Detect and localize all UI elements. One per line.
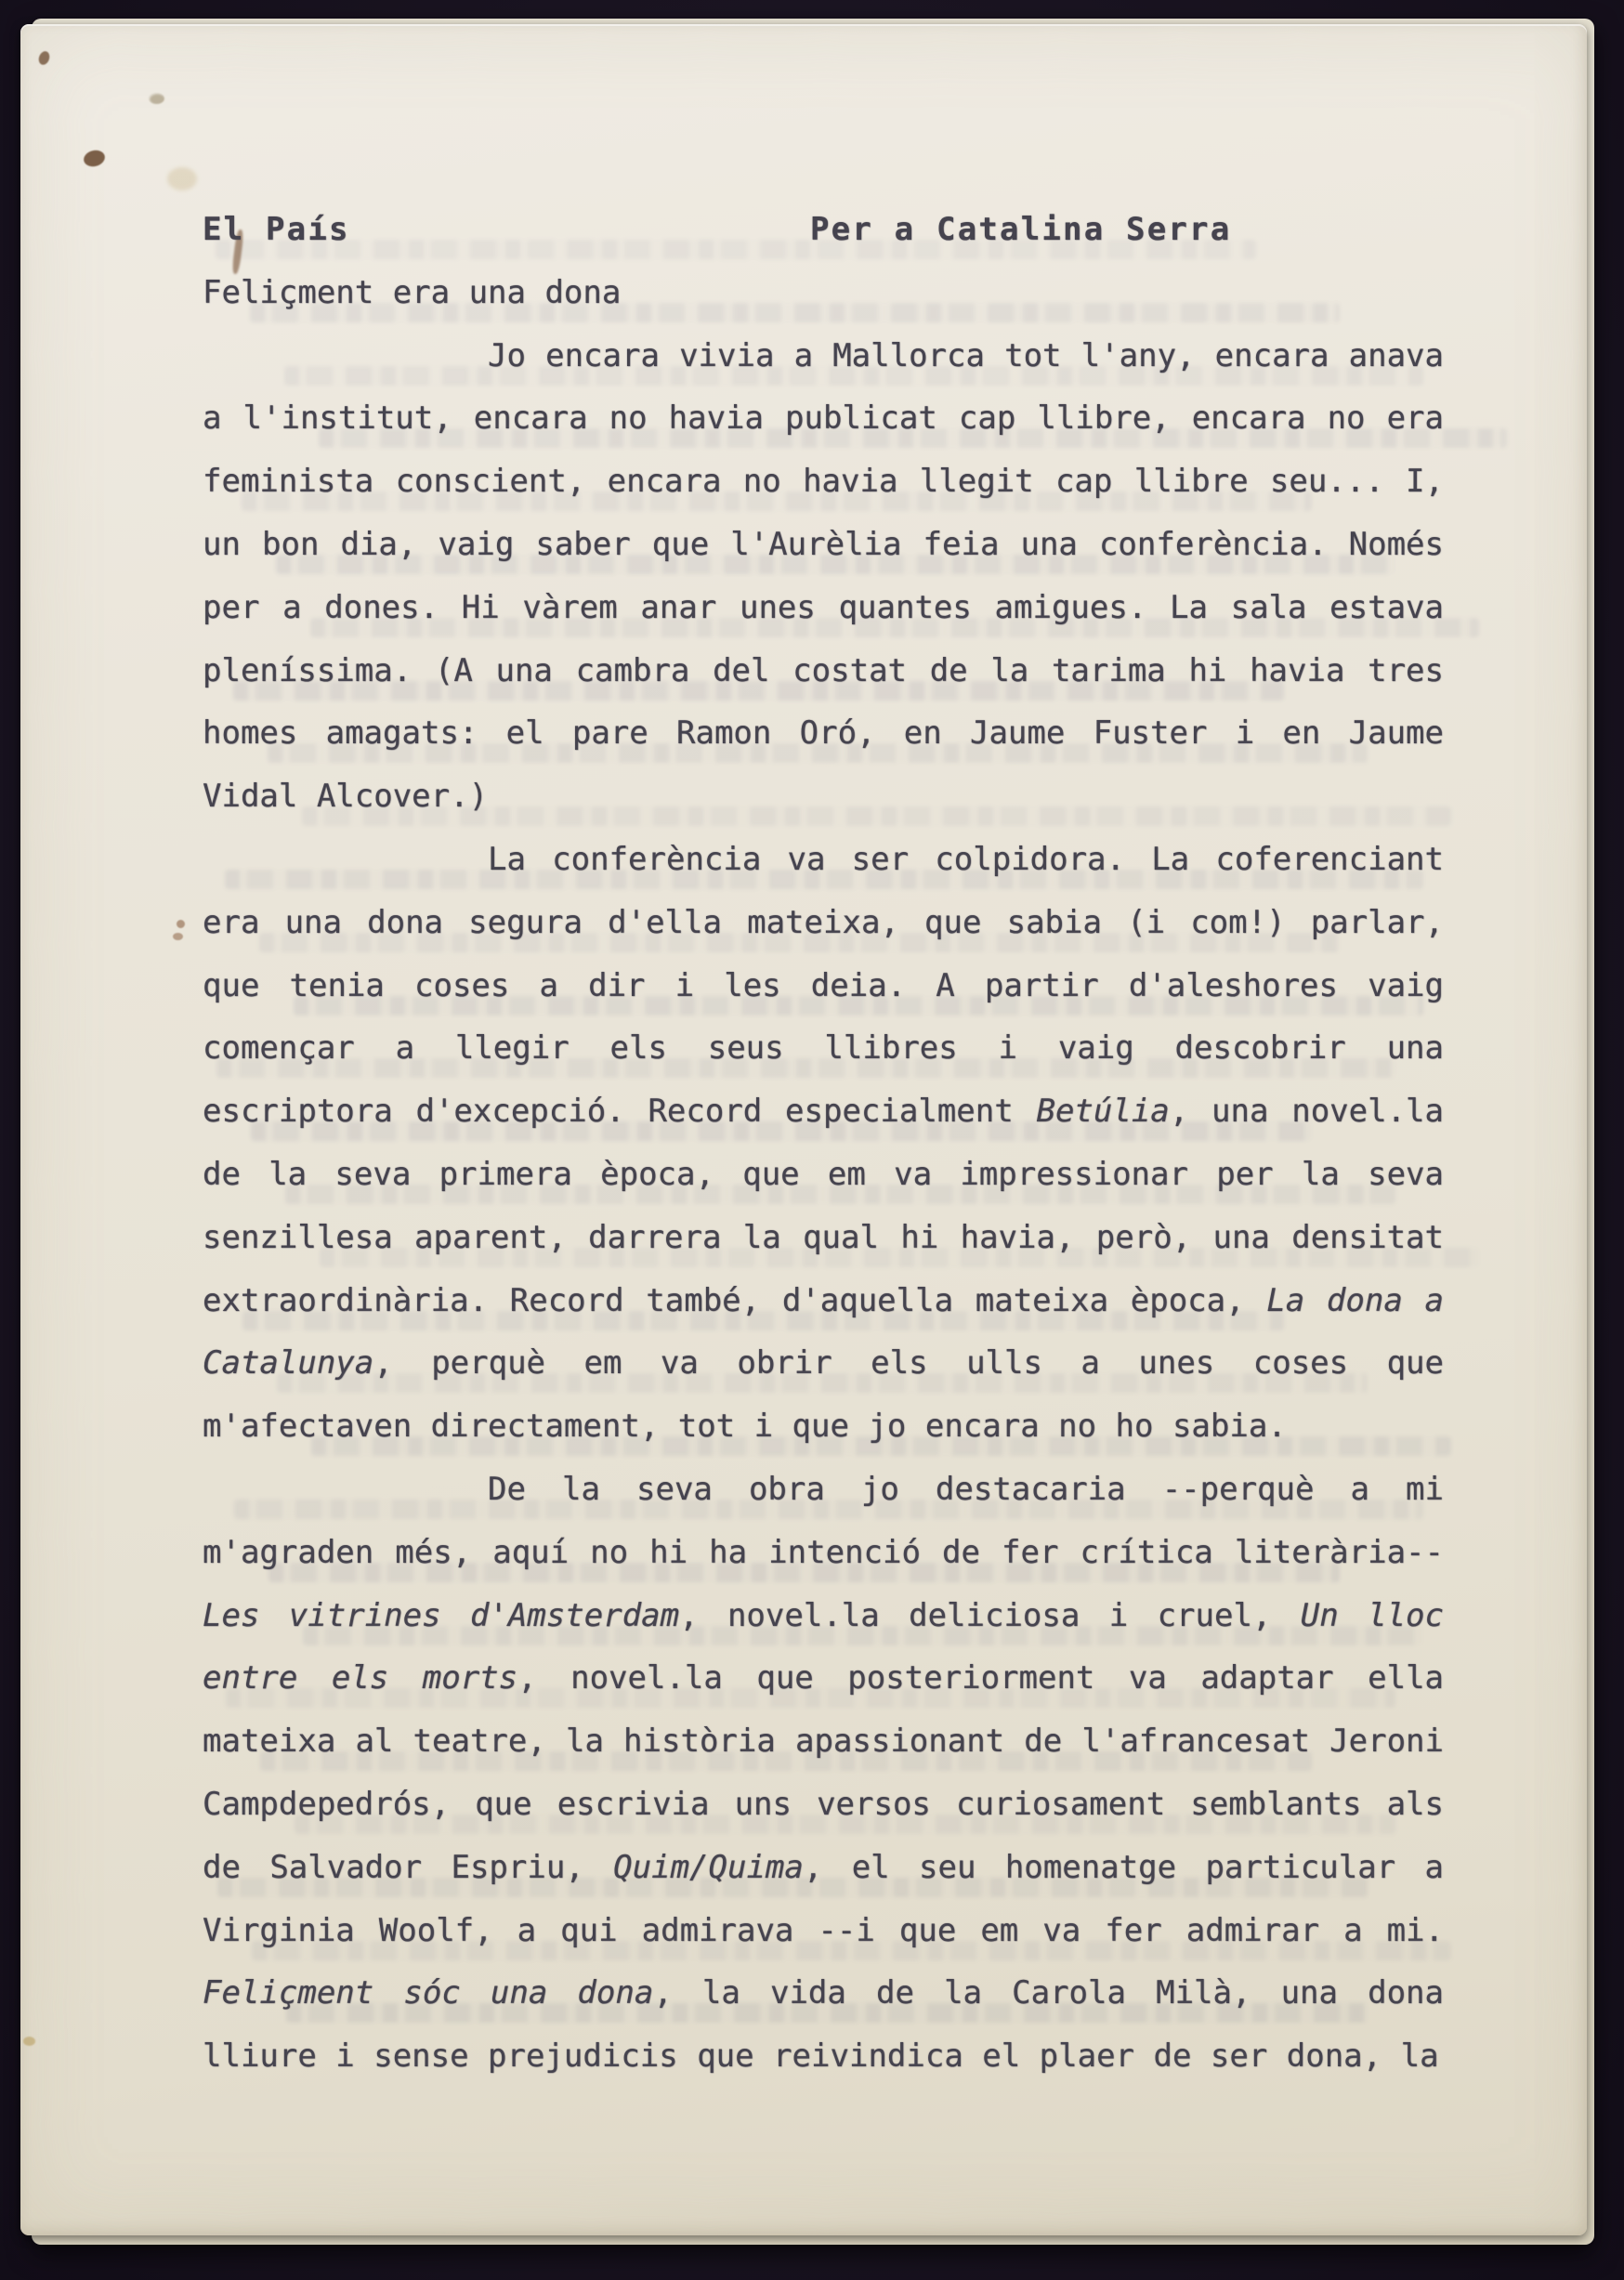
paper-stain [177, 920, 185, 928]
text-segment: Vidal Alcover.) [203, 778, 488, 815]
typewritten-line: escriptora d'excepció. Record especialme… [203, 1081, 1444, 1144]
book-title-italic: Quim/Quima [613, 1849, 804, 1886]
book-title-italic: Betúlia [1036, 1093, 1169, 1130]
text-segment: , novel.la deliciosa i cruel, [679, 1597, 1301, 1634]
text-segment: un bon dia, vaig saber que l'Aurèlia fei… [203, 526, 1444, 563]
typewritten-line: Vidal Alcover.) [203, 766, 1444, 829]
text-segment: que tenia coses a dir i les deia. A part… [203, 967, 1444, 1004]
book-title-italic: Les vitrines d'Amsterdam [203, 1597, 679, 1634]
text-segment: senzillesa aparent, darrera la qual hi h… [203, 1219, 1444, 1256]
typewritten-line: De la seva obra jo destacaria --perquè a… [203, 1459, 1444, 1522]
text-segment: La conferència va ser colpidora. La cofe… [488, 841, 1444, 878]
paper-smudge [167, 167, 197, 190]
typewritten-line: La conferència va ser colpidora. La cofe… [203, 829, 1444, 892]
text-segment: , perquè em va obrir els ulls a unes cos… [373, 1344, 1444, 1382]
paper-stain [82, 148, 106, 168]
typewritten-line: m'agraden més, aquí no hi ha intenció de… [203, 1522, 1444, 1585]
text-segment: escriptora d'excepció. Record especialme… [203, 1093, 1036, 1130]
text-segment: a l'institut, encara no havia publicat c… [203, 400, 1444, 437]
typed-text-block: El País Per a Catalina Serra Feliçment e… [203, 199, 1444, 2089]
typewritten-line: que tenia coses a dir i les deia. A part… [203, 955, 1444, 1018]
text-segment: extraordinària. Record també, d'aquella … [203, 1282, 1266, 1319]
typewritten-line: per a dones. Hi vàrem anar unes quantes … [203, 577, 1444, 640]
text-segment: De la seva obra jo destacaria --perquè a… [488, 1471, 1444, 1508]
text-segment: Campdepedrós, que escrivia uns versos cu… [203, 1786, 1444, 1823]
text-segment: homes amagats: el pare Ramon Oró, en Jau… [203, 714, 1444, 752]
text-segment: era una dona segura d'ella mateixa, que … [203, 904, 1444, 941]
text-segment: de Salvador Espriu, [203, 1849, 613, 1886]
document-title: Feliçment era una dona [203, 262, 1444, 325]
typewritten-line: un bon dia, vaig saber que l'Aurèlia fei… [203, 514, 1444, 577]
text-segment: , la vida de la Carola Milà, una dona [653, 1974, 1444, 2011]
typewritten-line: Feliçment sóc una dona, la vida de la Ca… [203, 1962, 1444, 2025]
paper-stain [37, 50, 51, 67]
text-segment: de la seva primera època, que em va impr… [203, 1156, 1444, 1193]
typewritten-line: feminista conscient, encara no havia lle… [203, 451, 1444, 514]
paper-stain [173, 933, 183, 940]
text-segment: pleníssima. (A una cambra del costat de … [203, 652, 1444, 689]
typewritten-line: Catalunya, perquè em va obrir els ulls a… [203, 1332, 1444, 1396]
typewritten-line: mateixa al teatre, la història apassiona… [203, 1710, 1444, 1774]
paper-stain [23, 2037, 35, 2046]
text-segment: , una novel.la [1170, 1093, 1444, 1130]
text-segment: , novel.la que posteriorment va adaptar … [517, 1659, 1444, 1697]
book-title-italic: La dona a [1266, 1282, 1444, 1319]
typewritten-line: senzillesa aparent, darrera la qual hi h… [203, 1207, 1444, 1270]
typewritten-line: extraordinària. Record també, d'aquella … [203, 1270, 1444, 1333]
scan-background: El País Per a Catalina Serra Feliçment e… [0, 0, 1624, 2280]
publication-name: El País [203, 211, 350, 248]
typewritten-line: m'afectaven directament, tot i que jo en… [203, 1396, 1444, 1459]
text-segment: feminista conscient, encara no havia lle… [203, 463, 1444, 500]
text-segment: m'agraden més, aquí no hi ha intenció de… [203, 1534, 1444, 1571]
typewritten-line: de Salvador Espriu, Quim/Quima, el seu h… [203, 1837, 1444, 1900]
typewritten-line: Les vitrines d'Amsterdam, novel.la delic… [203, 1585, 1444, 1648]
header-line: El País Per a Catalina Serra [203, 199, 1444, 262]
book-title-italic: Un lloc [1301, 1597, 1444, 1634]
paper-stain [149, 93, 164, 104]
typewritten-line: pleníssima. (A una cambra del costat de … [203, 640, 1444, 703]
text-segment: , el seu homenatge particular a [804, 1849, 1444, 1886]
typewritten-line: de la seva primera època, que em va impr… [203, 1144, 1444, 1207]
typewritten-line: homes amagats: el pare Ramon Oró, en Jau… [203, 702, 1444, 766]
text-segment: m'afectaven directament, tot i que jo en… [203, 1408, 1287, 1445]
book-title-italic: Feliçment sóc una dona [203, 1974, 653, 2011]
text-segment: Virginia Woolf, a qui admirava --i que e… [203, 1912, 1444, 1949]
typewritten-page: El País Per a Catalina Serra Feliçment e… [20, 24, 1587, 2235]
typewritten-line: Virginia Woolf, a qui admirava --i que e… [203, 1900, 1444, 1963]
typewritten-line: començar a llegir els seus llibres i vai… [203, 1017, 1444, 1081]
book-title-italic: Catalunya [203, 1344, 373, 1382]
text-segment: començar a llegir els seus llibres i vai… [203, 1029, 1444, 1067]
text-segment: mateixa al teatre, la història apassiona… [203, 1723, 1444, 1760]
typewritten-line: Campdepedrós, que escrivia uns versos cu… [203, 1774, 1444, 1837]
typewritten-line: lliure i sense prejudicis que reivindica… [203, 2025, 1444, 2089]
typewritten-line: Jo encara vivia a Mallorca tot l'any, en… [203, 325, 1444, 388]
text-segment: Jo encara vivia a Mallorca tot l'any, en… [488, 337, 1444, 374]
typewritten-line: era una dona segura d'ella mateixa, que … [203, 892, 1444, 955]
document-lines: Jo encara vivia a Mallorca tot l'any, en… [203, 325, 1444, 2089]
typewritten-line: a l'institut, encara no havia publicat c… [203, 387, 1444, 451]
text-segment: lliure i sense prejudicis que reivindica… [203, 2038, 1439, 2075]
dedication: Per a Catalina Serra [810, 199, 1231, 262]
typewritten-line: entre els morts, novel.la que posteriorm… [203, 1647, 1444, 1710]
text-segment: per a dones. Hi vàrem anar unes quantes … [203, 589, 1444, 626]
book-title-italic: entre els morts [203, 1659, 517, 1697]
